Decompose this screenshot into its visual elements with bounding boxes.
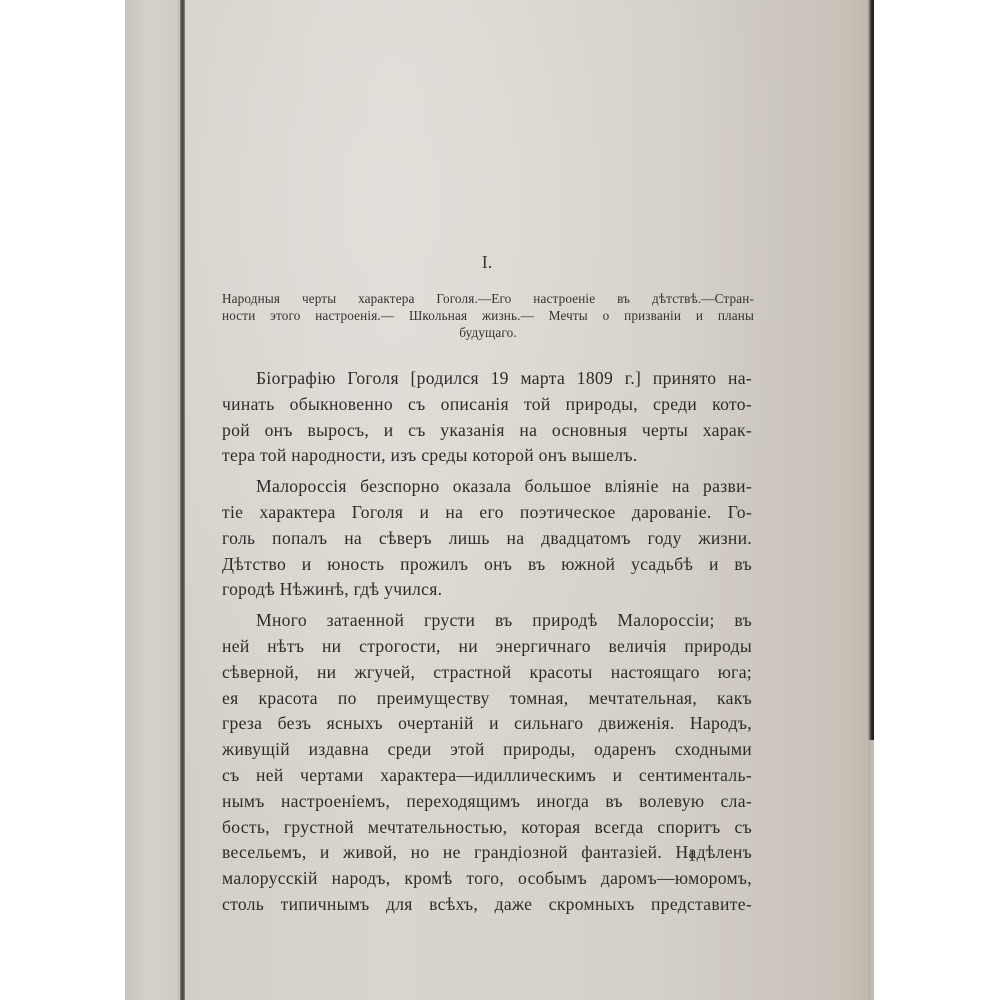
text-line: ея красота по преимуществу томная, мечта… [222,686,752,712]
text-line: Малороссія безспорно оказала большое влі… [222,474,752,500]
text-line: голь попалъ на сѣверъ лишь на двадцатомъ… [222,526,752,552]
summary-line: ности этого настроенія.— Школьная жизнь.… [222,307,754,324]
text-line: малорусскій народъ, кромѣ того, особымъ … [222,866,752,892]
text-line: рой онъ выросъ, и съ указанія на основны… [222,418,752,444]
text-line: Біографію Гоголя [родился 19 марта 1809 … [222,366,752,392]
text-line: тіе характера Гоголя и на его поэтическо… [222,500,752,526]
book-photo: I. Народныя черты характера Гоголя.—Его … [0,0,1000,1000]
page-number: 1 [688,848,696,866]
text-line: бость, грустной мечтательностью, которая… [222,815,752,841]
text-line: сѣверной, ни жгучей, страстной красоты н… [222,660,752,686]
summary-line: будущаго. [222,324,754,341]
left-page-edge [125,0,185,1000]
text-line: столь типичнымъ для всѣхъ, даже скромных… [222,892,752,918]
text-line: греза безъ ясныхъ очертаній и сильнаго д… [222,711,752,737]
body-text: Біографію Гоголя [родился 19 марта 1809 … [222,366,752,918]
text-line: нымъ настроеніемъ, переходящимъ иногда в… [222,789,752,815]
text-line: тера той народности, изъ среды которой о… [222,443,752,469]
text-line: живущій издавна среди этой природы, одар… [222,737,752,763]
text-line: чинать обыкновенно съ описанія той приро… [222,392,752,418]
text-line: ней нѣтъ ни строгости, ни энергичнаго ве… [222,634,752,660]
text-line: Много затаенной грусти въ природѣ Малоро… [222,608,752,634]
text-line: весельемъ, и живой, но не грандіозной фа… [222,840,752,866]
right-page-edge-lower [868,740,874,1000]
text-line: съ ней чертами характера—идиллическимъ и… [222,763,752,789]
text-line: Дѣтство и юность прожилъ онъ въ южной ус… [222,552,752,578]
summary-line: Народныя черты характера Гоголя.—Его нас… [222,290,754,307]
text-line: городѣ Нѣжинѣ, гдѣ учился. [222,577,752,603]
chapter-number: I. [222,252,752,273]
chapter-summary: Народныя черты характера Гоголя.—Его нас… [222,290,754,341]
